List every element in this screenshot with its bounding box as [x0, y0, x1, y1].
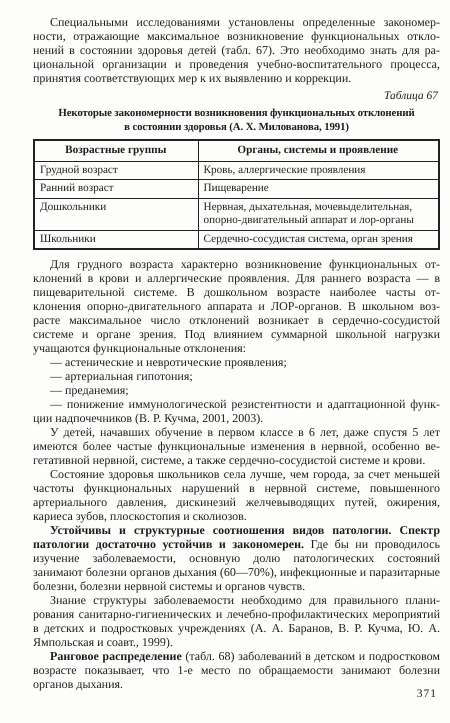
paragraph-rural-health: Состояние здоровья школьников села лучше… [33, 467, 440, 523]
page-number: 371 [417, 687, 437, 701]
cell-organs: Пищеварение [198, 180, 439, 199]
column-header-organs: Органы, системы и проявление [198, 140, 439, 161]
list-item-hypotonia: — артериальная гипотония; [33, 369, 440, 383]
paragraph-age-deviations: Для грудного возраста характерно возникн… [33, 257, 440, 355]
list-item-asthenic: — астенические и невротические проявлени… [33, 355, 440, 369]
health-deviations-table: Возрастные группы Органы, системы и проя… [33, 139, 440, 250]
list-item-preanemia: — преданемия; [33, 383, 440, 397]
bold-run-rank: Ранговое распределение [50, 649, 185, 663]
paragraph-morbidity-structure: Знание структуры заболеваемости необходи… [33, 593, 440, 649]
table-header-row: Возрастные группы Органы, системы и проя… [34, 140, 439, 161]
table-title: Некоторые закономерности возникновения ф… [33, 106, 440, 134]
column-header-age-groups: Возрастные группы [34, 140, 198, 161]
book-page: Специальными исследованиями установлены … [0, 0, 450, 723]
intro-paragraph: Специальными исследованиями установлены … [33, 15, 440, 85]
cell-age-group: Дошкольники [34, 198, 198, 230]
table-title-line1: Некоторые закономерности возникновения ф… [58, 107, 414, 119]
table-row-infant: Грудной возраст Кровь, аллергические про… [34, 161, 439, 180]
cell-age-group: Грудной возраст [34, 161, 198, 180]
table-caption: Таблица 67 [33, 89, 438, 103]
table-row-early-age: Ранний возраст Пищеварение [34, 180, 439, 199]
cell-organs: Сердечно-сосудистая система, орган зрени… [198, 230, 439, 249]
table-row-schoolchildren: Школьники Сердечно-сосудистая система, о… [34, 230, 439, 249]
table-title-line2: в состоянии здоровья (А. Х. Милованова, … [124, 121, 349, 133]
table-row-preschoolers: Дошкольники Нервная, дыхательная, мочевы… [34, 198, 439, 230]
paragraph-pathology-spectrum: Устойчивы и структурные соотношения видо… [33, 523, 440, 593]
paragraph-rank-distribution: Ранговое распределение (табл. 68) заболе… [33, 649, 440, 691]
cell-organs: Кровь, аллергические проявления [198, 161, 439, 180]
cell-age-group: Школьники [34, 230, 198, 249]
cell-age-group: Ранний возраст [34, 180, 198, 199]
cell-organs: Нервная, дыхательная, мочевыделительная,… [198, 198, 439, 230]
paragraph-first-graders: У детей, начавших обучение в первом клас… [33, 425, 440, 467]
list-item-immunity: — понижение иммунологической резистентно… [33, 397, 440, 425]
